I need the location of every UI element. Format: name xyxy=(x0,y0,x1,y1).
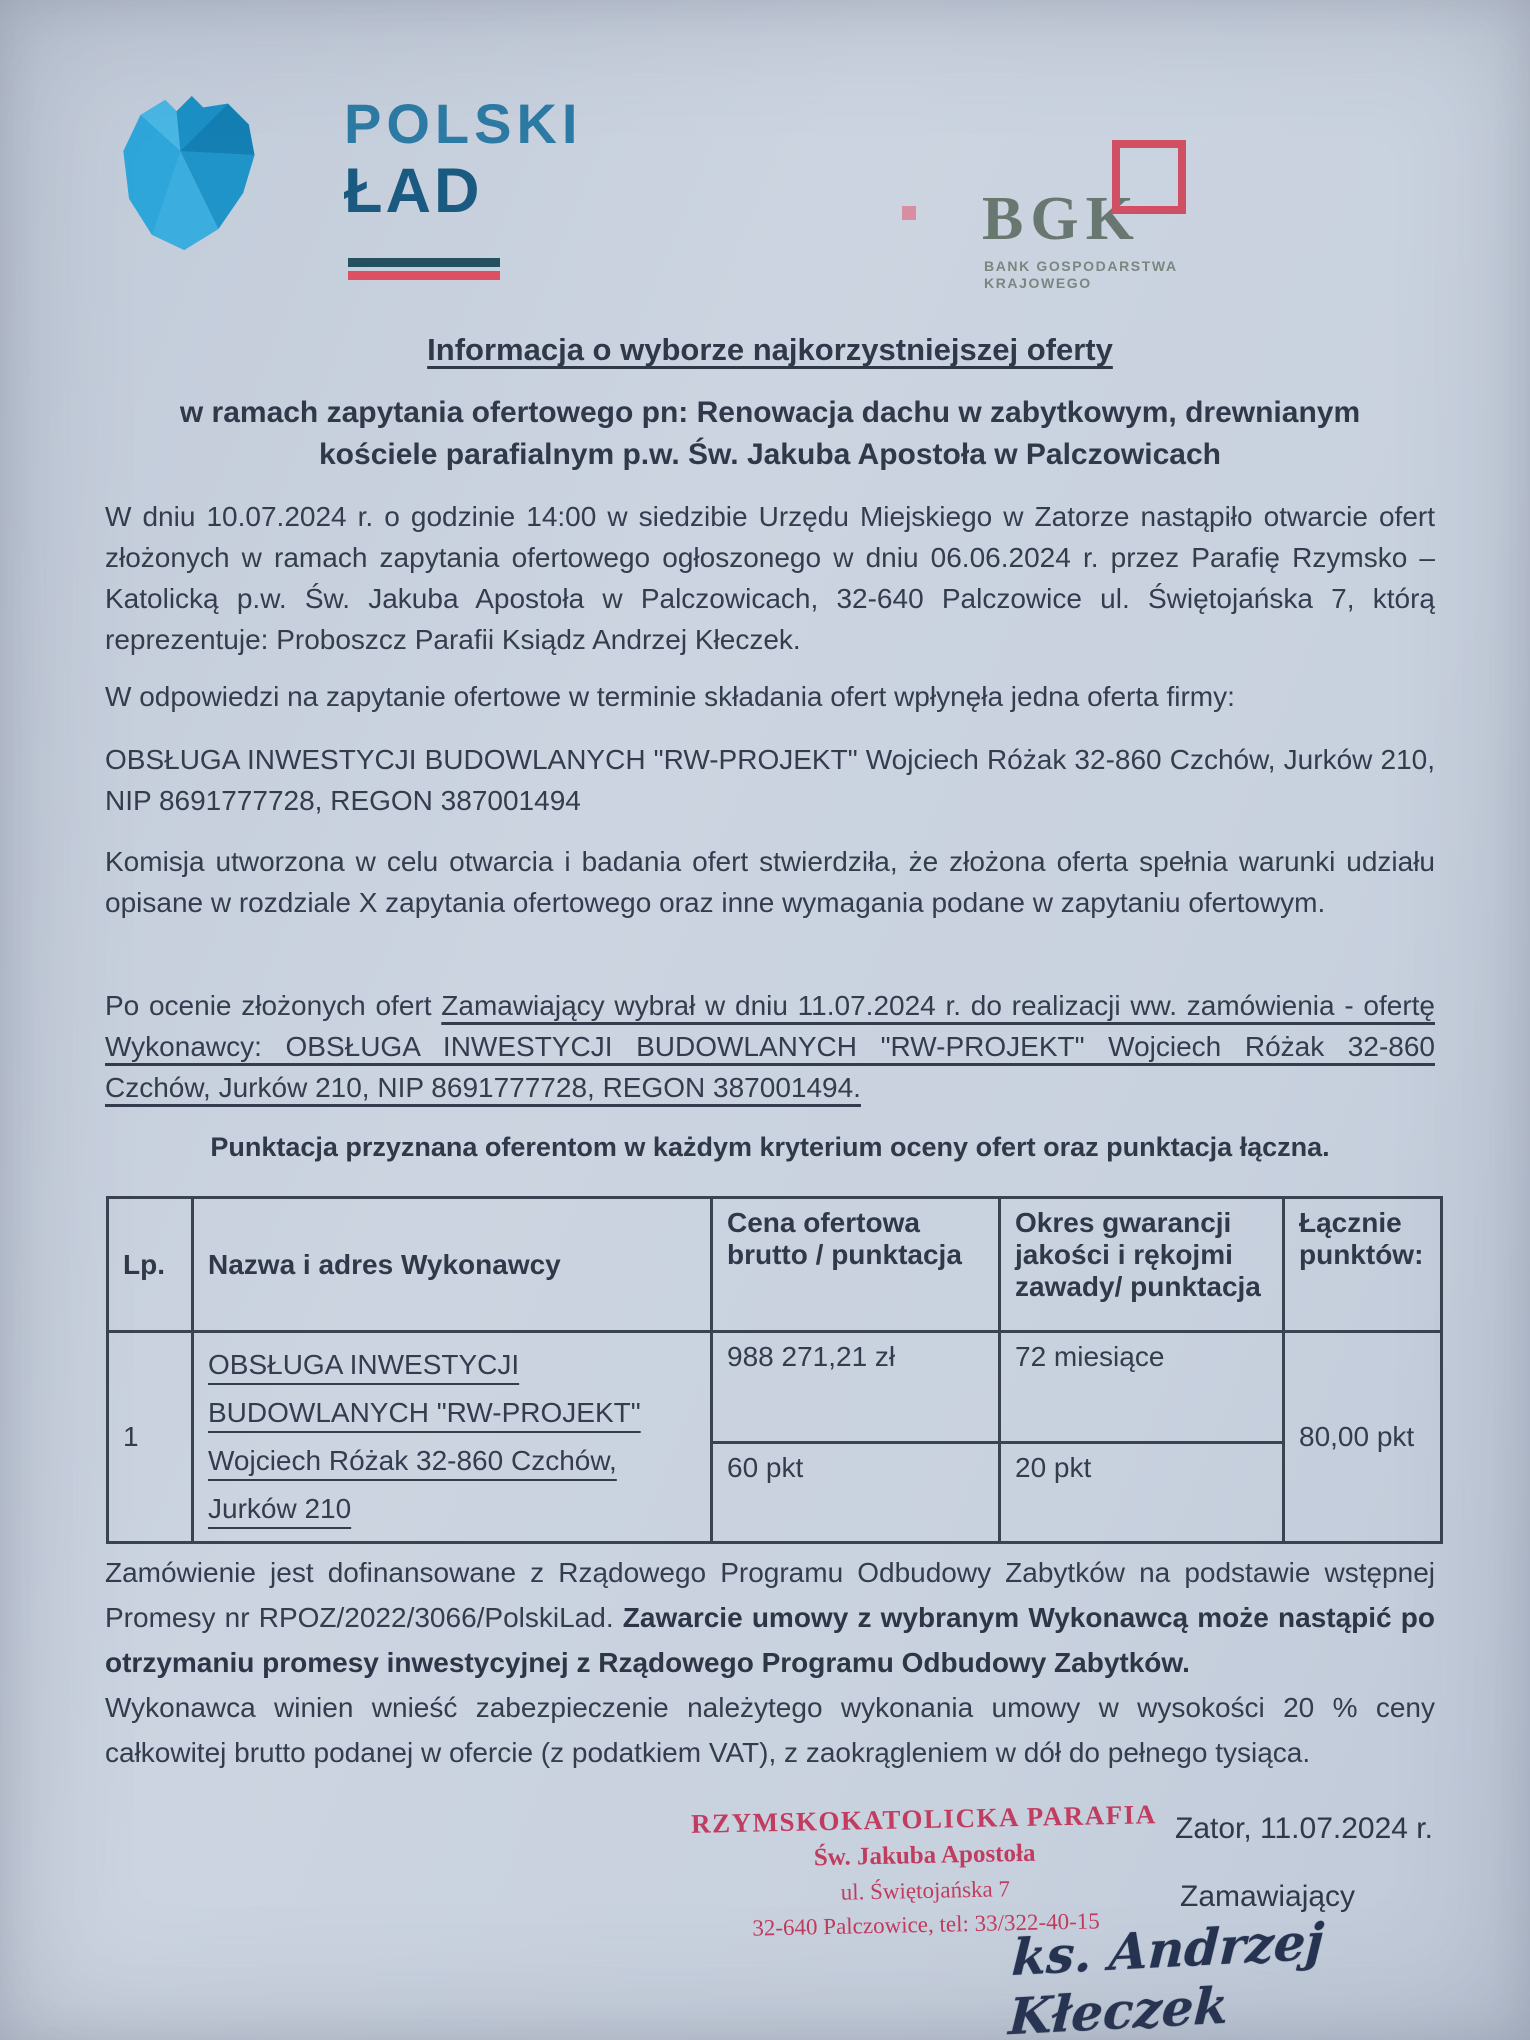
polski-lad-wordmark: POLSKI ŁAD xyxy=(344,96,582,223)
selection-normal-text: Po ocenie złożonych ofert xyxy=(105,990,441,1021)
bgk-logo: BGK BANK GOSPODARSTWA KRAJOWEGO xyxy=(900,100,1200,300)
paragraph-opening: W dniu 10.07.2024 r. o godzinie 14:00 w … xyxy=(105,496,1435,660)
bgk-subtitle-line1: BANK GOSPODARSTWA xyxy=(984,258,1178,275)
table-row: 1 OBSŁUGA INWESTYCJI BUDOWLANYCH "RW-PRO… xyxy=(108,1332,1442,1443)
lad-word: ŁAD xyxy=(344,160,582,223)
paragraph-response: W odpowiedzi na zapytanie ofertowe w ter… xyxy=(105,676,1435,717)
col-header-warranty: Okres gwarancji jakości i rękojmi zawady… xyxy=(1000,1198,1284,1332)
document-subtitle: w ramach zapytania ofertowego pn: Renowa… xyxy=(135,392,1405,476)
table-intro-line: Punktacja przyznana oferentom w każdym k… xyxy=(105,1132,1435,1163)
cell-total-points: 80,00 pkt xyxy=(1284,1332,1442,1543)
cell-lp: 1 xyxy=(108,1332,193,1543)
cell-bidder-name: OBSŁUGA INWESTYCJI BUDOWLANYCH "RW-PROJE… xyxy=(193,1332,712,1543)
funding-sentence: Zamówienie jest dofinansowane z Rządoweg… xyxy=(105,1550,1435,1685)
document-title: Informacja o wyborze najkorzystniejszej … xyxy=(105,332,1435,368)
paragraph-commission: Komisja utworzona w celu otwarcia i bada… xyxy=(105,841,1435,923)
place-and-date: Zator, 11.07.2024 r. xyxy=(1175,1812,1433,1846)
col-header-lp: Lp. xyxy=(108,1198,193,1332)
col-header-total: Łącznie punktów: xyxy=(1284,1198,1442,1332)
polski-lad-logo-mark xyxy=(112,92,264,254)
bgk-red-square-icon xyxy=(1112,140,1186,214)
bgk-subtitle: BANK GOSPODARSTWA KRAJOWEGO xyxy=(984,258,1178,292)
cell-warranty: 72 miesiące xyxy=(1000,1332,1284,1443)
col-header-price: Cena ofertowa brutto / punktacja xyxy=(712,1198,1000,1332)
table-header-row: Lp. Nazwa i adres Wykonawcy Cena ofertow… xyxy=(108,1198,1442,1332)
red-stripe xyxy=(348,271,500,280)
handwritten-signature: ks. Andrzej Kłeczek xyxy=(1007,1904,1473,2040)
paragraph-funding: Zamówienie jest dofinansowane z Rządoweg… xyxy=(105,1550,1435,1775)
signer-role: Zamawiający xyxy=(1180,1880,1355,1914)
bgk-small-square-icon xyxy=(902,206,916,220)
security-sentence: Wykonawca winien wnieść zabezpieczenie n… xyxy=(105,1685,1435,1775)
cell-warranty-points: 20 pkt xyxy=(1000,1442,1284,1542)
scanned-document-page: POLSKI ŁAD BGK BANK GOSPODARSTWA KRAJOWE… xyxy=(0,0,1530,2040)
navy-stripe xyxy=(348,258,500,267)
cell-price-points: 60 pkt xyxy=(712,1442,1000,1542)
scoring-table: Lp. Nazwa i adres Wykonawcy Cena ofertow… xyxy=(106,1196,1443,1544)
bgk-subtitle-line2: KRAJOWEGO xyxy=(984,275,1178,292)
cell-price: 988 271,21 zł xyxy=(712,1332,1000,1443)
poland-crystal-icon xyxy=(112,92,264,254)
paragraph-bidder: OBSŁUGA INWESTYCJI BUDOWLANYCH "RW-PROJE… xyxy=(105,739,1435,821)
paragraph-selection: Po ocenie złożonych ofert Zamawiający wy… xyxy=(105,985,1435,1108)
col-header-name: Nazwa i adres Wykonawcy xyxy=(193,1198,712,1332)
polski-word: POLSKI xyxy=(344,96,582,152)
